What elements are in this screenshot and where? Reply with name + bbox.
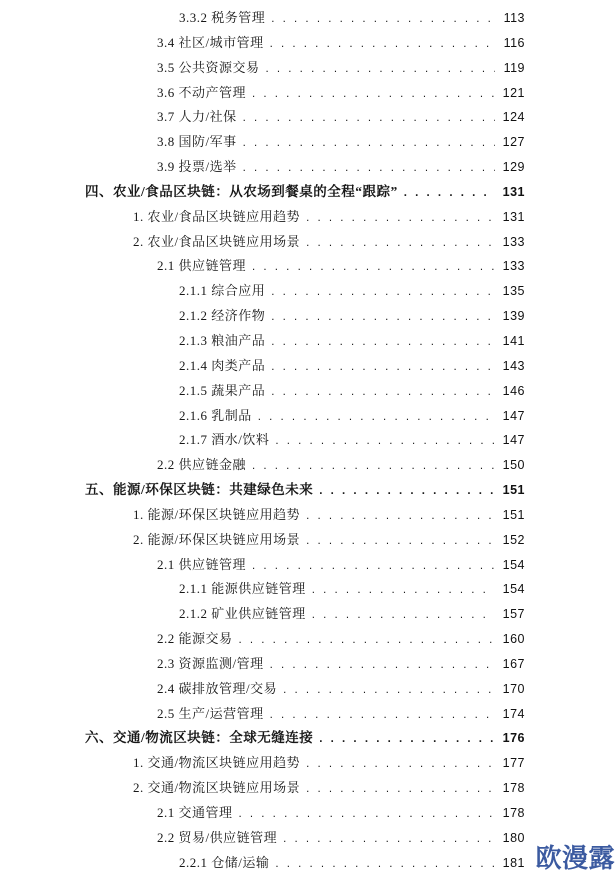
toc-entry-page: 133 xyxy=(498,254,525,279)
leader-dots: . . . . . . . . . . . . . . . . . . . . … xyxy=(252,82,495,107)
leader-dots: . . . . . . . . . . . . . . . . . . . . … xyxy=(266,57,495,82)
toc-entry[interactable]: 五、能源/环保区块链：共建绿色未来 . . . . . . . . . . . … xyxy=(0,478,525,503)
toc-entry-label: 2.2 贸易/供应链管理 xyxy=(157,826,277,851)
toc-entry[interactable]: 2.1.6 乳制品 . . . . . . . . . . . . . . . … xyxy=(0,404,525,429)
toc-entry-label: 3.4 社区/城市管理 xyxy=(157,31,264,56)
toc-entry-label: 2.1.2 矿业供应链管理 xyxy=(179,602,306,627)
leader-dots: . . . . . . . . . . . . . . . . . . . . … xyxy=(252,255,495,280)
toc-entry[interactable]: 3.8 国防/军事 . . . . . . . . . . . . . . . … xyxy=(0,130,525,155)
leader-dots: . . . . . . . . . . . . . . . . . . . . … xyxy=(283,827,495,852)
toc-entry-page: 131 xyxy=(498,180,525,205)
toc-entry[interactable]: 2.2.1 仓储/运输 . . . . . . . . . . . . . . … xyxy=(0,851,525,874)
toc-entry[interactable]: 2.1.4 肉类产品 . . . . . . . . . . . . . . .… xyxy=(0,354,525,379)
toc-entry[interactable]: 2.2 供应链金融 . . . . . . . . . . . . . . . … xyxy=(0,453,525,478)
leader-dots: . . . . . . . . . . . . . . . . . . . . … xyxy=(306,231,495,256)
leader-dots: . . . . . . . . . . . . . . . . . . . . … xyxy=(306,206,495,231)
leader-dots: . . . . . . . . . . . . . . . . . . . . … xyxy=(404,181,495,206)
toc-list: 3.3.2 税务管理 . . . . . . . . . . . . . . .… xyxy=(0,6,616,874)
toc-entry-page: 176 xyxy=(498,726,525,751)
toc-entry-page: 160 xyxy=(498,627,525,652)
toc-entry-page: 131 xyxy=(498,205,525,230)
leader-dots: . . . . . . . . . . . . . . . . . . . . … xyxy=(270,32,495,57)
toc-entry-page: 116 xyxy=(498,31,525,56)
toc-entry-label: 2.2 供应链金融 xyxy=(157,453,246,478)
toc-entry[interactable]: 2.1 交通管理 . . . . . . . . . . . . . . . .… xyxy=(0,801,525,826)
toc-entry[interactable]: 2.1 供应链管理 . . . . . . . . . . . . . . . … xyxy=(0,553,525,578)
toc-entry[interactable]: 1. 能源/环保区块链应用趋势 . . . . . . . . . . . . … xyxy=(0,503,525,528)
toc-entry-page: 146 xyxy=(498,379,525,404)
toc-entry-label: 1. 能源/环保区块链应用趋势 xyxy=(133,503,300,528)
toc-entry[interactable]: 2.1.1 综合应用 . . . . . . . . . . . . . . .… xyxy=(0,279,525,304)
toc-entry-label: 2. 交通/物流区块链应用场景 xyxy=(133,776,300,801)
toc-entry-label: 2.1.2 经济作物 xyxy=(179,304,265,329)
toc-entry-page: 147 xyxy=(498,404,525,429)
toc-entry-label: 2.1.1 能源供应链管理 xyxy=(179,577,306,602)
toc-entry-label: 2.1.5 蔬果产品 xyxy=(179,379,265,404)
toc-entry-page: 170 xyxy=(498,677,525,702)
leader-dots: . . . . . . . . . . . . . . . . . . . . … xyxy=(275,852,495,874)
toc-entry[interactable]: 2.2 贸易/供应链管理 . . . . . . . . . . . . . .… xyxy=(0,826,525,851)
toc-entry-label: 六、交通/物流区块链：全球无缝连接 xyxy=(85,726,313,751)
toc-entry-label: 2.1.7 酒水/饮料 xyxy=(179,428,269,453)
leader-dots: . . . . . . . . . . . . . . . . . . . . … xyxy=(270,703,495,728)
leader-dots: . . . . . . . . . . . . . . . . . . . . … xyxy=(252,554,495,579)
leader-dots: . . . . . . . . . . . . . . . . . . . . … xyxy=(306,777,495,802)
toc-entry-page: 124 xyxy=(498,105,525,130)
toc-entry-label: 1. 农业/食品区块链应用趋势 xyxy=(133,205,300,230)
toc-entry-page: 150 xyxy=(498,453,525,478)
toc-entry[interactable]: 2.1.2 矿业供应链管理 . . . . . . . . . . . . . … xyxy=(0,602,525,627)
toc-entry-page: 143 xyxy=(498,354,525,379)
toc-entry-label: 2.1 交通管理 xyxy=(157,801,233,826)
toc-entry-label: 2.2 能源交易 xyxy=(157,627,233,652)
leader-dots: . . . . . . . . . . . . . . . . . . . . … xyxy=(270,653,495,678)
leader-dots: . . . . . . . . . . . . . . . . . . . . … xyxy=(271,305,495,330)
leader-dots: . . . . . . . . . . . . . . . . . . . . … xyxy=(306,752,495,777)
toc-entry-label: 2. 能源/环保区块链应用场景 xyxy=(133,528,300,553)
toc-entry-label: 2. 农业/食品区块链应用场景 xyxy=(133,230,300,255)
toc-entry-label: 3.3.2 税务管理 xyxy=(179,6,265,31)
toc-entry-page: 133 xyxy=(498,230,525,255)
toc-entry-page: 129 xyxy=(498,155,525,180)
toc-entry-label: 2.5 生产/运营管理 xyxy=(157,702,264,727)
toc-entry[interactable]: 2.2 能源交易 . . . . . . . . . . . . . . . .… xyxy=(0,627,525,652)
toc-entry[interactable]: 2. 交通/物流区块链应用场景 . . . . . . . . . . . . … xyxy=(0,776,525,801)
leader-dots: . . . . . . . . . . . . . . . . . . . . … xyxy=(239,802,495,827)
toc-entry-label: 3.8 国防/军事 xyxy=(157,130,237,155)
toc-entry-label: 3.6 不动产管理 xyxy=(157,81,246,106)
toc-entry[interactable]: 2.1.7 酒水/饮料 . . . . . . . . . . . . . . … xyxy=(0,428,525,453)
toc-entry[interactable]: 3.9 投票/选举 . . . . . . . . . . . . . . . … xyxy=(0,155,525,180)
leader-dots: . . . . . . . . . . . . . . . . . . . . … xyxy=(275,429,495,454)
toc-entry[interactable]: 2. 农业/食品区块链应用场景 . . . . . . . . . . . . … xyxy=(0,230,525,255)
leader-dots: . . . . . . . . . . . . . . . . . . . . … xyxy=(271,330,495,355)
toc-entry[interactable]: 2.5 生产/运营管理 . . . . . . . . . . . . . . … xyxy=(0,702,525,727)
toc-entry-label: 1. 交通/物流区块链应用趋势 xyxy=(133,751,300,776)
leader-dots: . . . . . . . . . . . . . . . . . . . . … xyxy=(239,628,495,653)
toc-entry-page: 121 xyxy=(498,81,525,106)
toc-entry-page: 178 xyxy=(498,801,525,826)
toc-entry-label: 2.1.1 综合应用 xyxy=(179,279,265,304)
watermark-badge: 欧漫露 xyxy=(535,843,615,873)
toc-entry-page: 152 xyxy=(498,528,525,553)
toc-entry-page: 174 xyxy=(498,702,525,727)
toc-entry-label: 3.7 人力/社保 xyxy=(157,105,237,130)
toc-entry[interactable]: 3.7 人力/社保 . . . . . . . . . . . . . . . … xyxy=(0,105,525,130)
toc-entry-label: 2.1.6 乳制品 xyxy=(179,404,252,429)
leader-dots: . . . . . . . . . . . . . . . . . . . . … xyxy=(312,578,495,603)
leader-dots: . . . . . . . . . . . . . . . . . . . . … xyxy=(252,454,495,479)
leader-dots: . . . . . . . . . . . . . . . . . . . . … xyxy=(283,678,495,703)
toc-entry[interactable]: 1. 农业/食品区块链应用趋势 . . . . . . . . . . . . … xyxy=(0,205,525,230)
toc-entry-label: 四、农业/食品区块链：从农场到餐桌的全程“跟踪” xyxy=(85,180,398,205)
toc-entry-page: 151 xyxy=(498,503,525,528)
toc-entry-page: 181 xyxy=(498,851,525,874)
leader-dots: . . . . . . . . . . . . . . . . . . . . … xyxy=(258,405,495,430)
toc-entry[interactable]: 3.6 不动产管理 . . . . . . . . . . . . . . . … xyxy=(0,81,525,106)
toc-entry-page: 178 xyxy=(498,776,525,801)
toc-entry-page: 119 xyxy=(498,56,525,81)
toc-entry-page: 157 xyxy=(498,602,525,627)
toc-entry-page: 154 xyxy=(498,553,525,578)
toc-entry-page: 113 xyxy=(498,6,525,31)
toc-page: 3.3.2 税务管理 . . . . . . . . . . . . . . .… xyxy=(0,0,616,874)
toc-entry-label: 3.5 公共资源交易 xyxy=(157,56,260,81)
toc-entry-label: 五、能源/环保区块链：共建绿色未来 xyxy=(85,478,313,503)
toc-entry[interactable]: 四、农业/食品区块链：从农场到餐桌的全程“跟踪” . . . . . . . .… xyxy=(0,180,525,205)
toc-entry[interactable]: 3.4 社区/城市管理 . . . . . . . . . . . . . . … xyxy=(0,31,525,56)
toc-entry-page: 180 xyxy=(498,826,525,851)
toc-entry-page: 127 xyxy=(498,130,525,155)
leader-dots: . . . . . . . . . . . . . . . . . . . . … xyxy=(271,380,495,405)
leader-dots: . . . . . . . . . . . . . . . . . . . . … xyxy=(306,504,495,529)
leader-dots: . . . . . . . . . . . . . . . . . . . . … xyxy=(312,603,495,628)
toc-entry-label: 2.1 供应链管理 xyxy=(157,553,246,578)
toc-entry-page: 147 xyxy=(498,428,525,453)
toc-entry[interactable]: 2.1 供应链管理 . . . . . . . . . . . . . . . … xyxy=(0,254,525,279)
toc-entry-label: 2.1 供应链管理 xyxy=(157,254,246,279)
toc-entry[interactable]: 2.1.3 粮油产品 . . . . . . . . . . . . . . .… xyxy=(0,329,525,354)
toc-entry-label: 3.9 投票/选举 xyxy=(157,155,237,180)
toc-entry[interactable]: 2.1.1 能源供应链管理 . . . . . . . . . . . . . … xyxy=(0,577,525,602)
toc-entry-label: 2.2.1 仓储/运输 xyxy=(179,851,269,874)
toc-entry-page: 177 xyxy=(498,751,525,776)
toc-entry-page: 141 xyxy=(498,329,525,354)
leader-dots: . . . . . . . . . . . . . . . . . . . . … xyxy=(319,727,495,752)
toc-entry-label: 2.4 碳排放管理/交易 xyxy=(157,677,277,702)
toc-entry-page: 167 xyxy=(498,652,525,677)
leader-dots: . . . . . . . . . . . . . . . . . . . . … xyxy=(243,131,495,156)
leader-dots: . . . . . . . . . . . . . . . . . . . . … xyxy=(319,479,495,504)
toc-entry[interactable]: 六、交通/物流区块链：全球无缝连接 . . . . . . . . . . . … xyxy=(0,726,525,751)
toc-entry-label: 2.1.4 肉类产品 xyxy=(179,354,265,379)
toc-entry-page: 154 xyxy=(498,577,525,602)
toc-entry[interactable]: 2.1.5 蔬果产品 . . . . . . . . . . . . . . .… xyxy=(0,379,525,404)
leader-dots: . . . . . . . . . . . . . . . . . . . . … xyxy=(306,529,495,554)
leader-dots: . . . . . . . . . . . . . . . . . . . . … xyxy=(271,280,495,305)
toc-entry-page: 139 xyxy=(498,304,525,329)
leader-dots: . . . . . . . . . . . . . . . . . . . . … xyxy=(243,156,495,181)
toc-entry[interactable]: 2. 能源/环保区块链应用场景 . . . . . . . . . . . . … xyxy=(0,528,525,553)
leader-dots: . . . . . . . . . . . . . . . . . . . . … xyxy=(243,106,495,131)
toc-entry-label: 2.3 资源监测/管理 xyxy=(157,652,264,677)
toc-entry[interactable]: 2.1.2 经济作物 . . . . . . . . . . . . . . .… xyxy=(0,304,525,329)
toc-entry[interactable]: 3.3.2 税务管理 . . . . . . . . . . . . . . .… xyxy=(0,6,525,31)
toc-entry-page: 151 xyxy=(498,478,525,503)
toc-entry[interactable]: 2.3 资源监测/管理 . . . . . . . . . . . . . . … xyxy=(0,652,525,677)
toc-entry-label: 2.1.3 粮油产品 xyxy=(179,329,265,354)
leader-dots: . . . . . . . . . . . . . . . . . . . . … xyxy=(271,7,495,32)
toc-entry[interactable]: 3.5 公共资源交易 . . . . . . . . . . . . . . .… xyxy=(0,56,525,81)
leader-dots: . . . . . . . . . . . . . . . . . . . . … xyxy=(271,355,495,380)
toc-entry-page: 135 xyxy=(498,279,525,304)
toc-entry[interactable]: 2.4 碳排放管理/交易 . . . . . . . . . . . . . .… xyxy=(0,677,525,702)
toc-entry[interactable]: 1. 交通/物流区块链应用趋势 . . . . . . . . . . . . … xyxy=(0,751,525,776)
